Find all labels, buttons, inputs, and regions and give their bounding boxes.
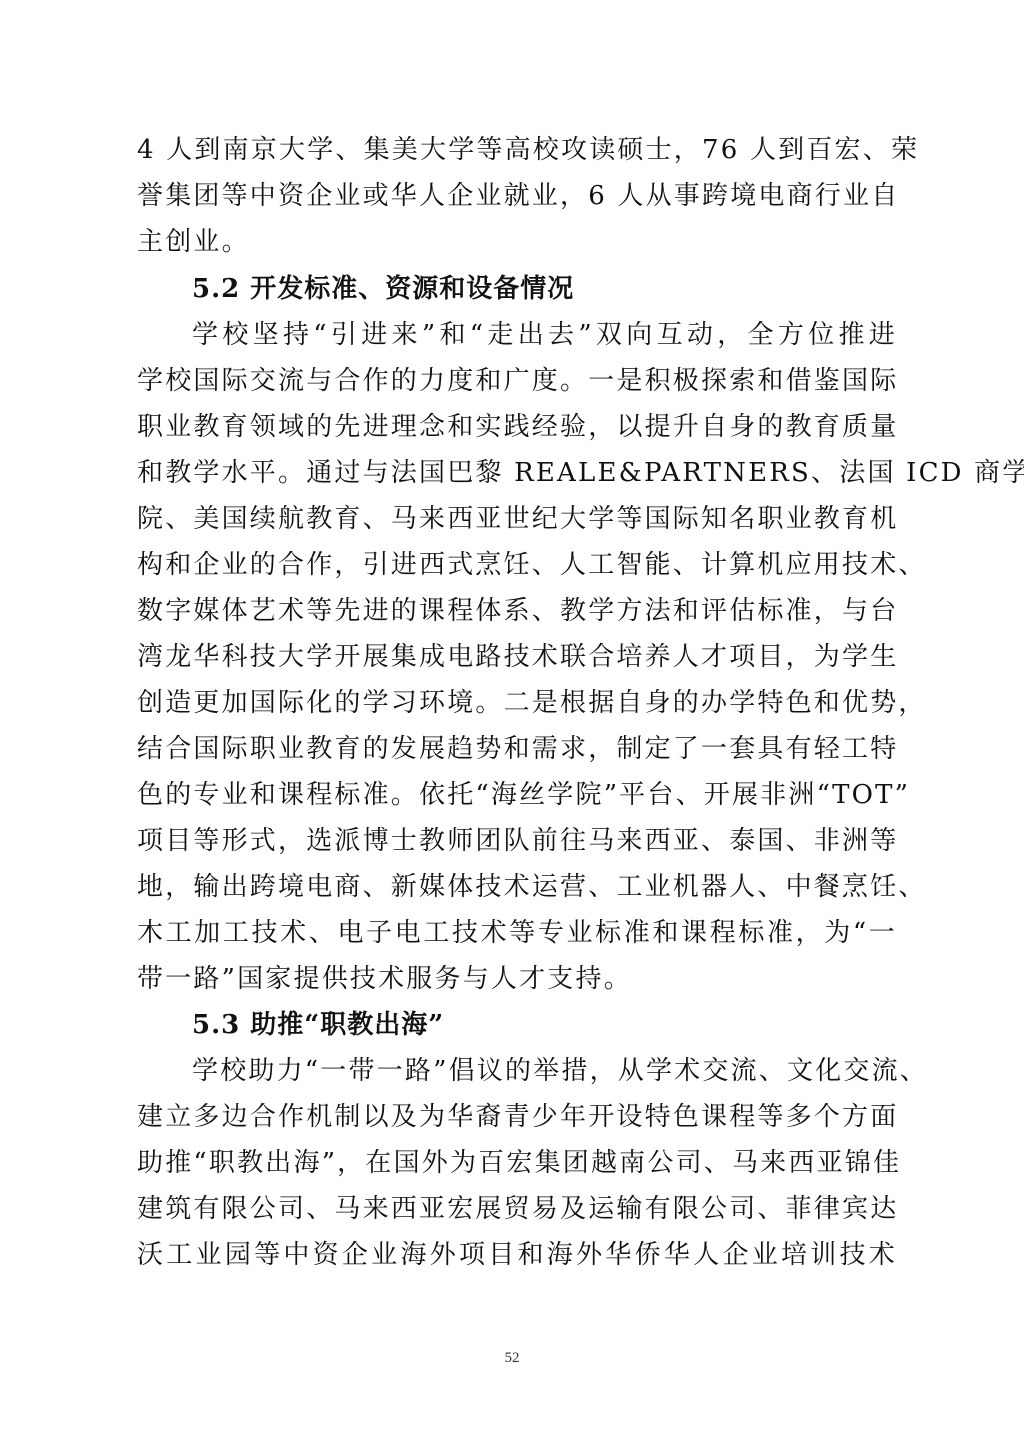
paragraph-line: 和教学水平。通过与法国巴黎 REALE&PARTNERS、法国 ICD 商学	[137, 456, 897, 490]
paragraph-line: 学校坚持“引进来”和“走出去”双向互动，全方位推进	[192, 318, 897, 352]
paragraph-line: 学校国际交流与合作的力度和广度。一是积极探索和借鉴国际	[137, 364, 897, 398]
paragraph-line: 带一路”国家提供技术服务与人才支持。	[137, 962, 897, 996]
paragraph-line: 结合国际职业教育的发展趋势和需求，制定了一套具有轻工特	[137, 732, 897, 766]
paragraph-line: 色的专业和课程标准。依托“海丝学院”平台、开展非洲“TOT”	[137, 778, 897, 812]
paragraph-line: 4 人到南京大学、集美大学等高校攻读硕士，76 人到百宏、荣	[137, 133, 897, 167]
paragraph-line: 湾龙华科技大学开展集成电路技术联合培养人才项目，为学生	[137, 640, 897, 674]
paragraph-line: 主创业。	[137, 225, 897, 259]
section-heading-5-2: 5.2 开发标准、资源和设备情况	[192, 272, 574, 306]
paragraph-line: 数字媒体艺术等先进的课程体系、教学方法和评估标准，与台	[137, 594, 897, 628]
paragraph-line: 誉集团等中资企业或华人企业就业，6 人从事跨境电商行业自	[137, 179, 897, 213]
paragraph-line: 助推“职教出海”，在国外为百宏集团越南公司、马来西亚锦佳	[137, 1146, 897, 1180]
document-page: 4 人到南京大学、集美大学等高校攻读硕士，76 人到百宏、荣 誉集团等中资企业或…	[0, 0, 1024, 1448]
paragraph-line: 职业教育领域的先进理念和实践经验，以提升自身的教育质量	[137, 410, 897, 444]
paragraph-line: 构和企业的合作，引进西式烹饪、人工智能、计算机应用技术、	[137, 548, 897, 582]
paragraph-line: 项目等形式，选派博士教师团队前往马来西亚、泰国、非洲等	[137, 824, 897, 858]
paragraph-line: 地，输出跨境电商、新媒体技术运营、工业机器人、中餐烹饪、	[137, 870, 897, 904]
paragraph-line: 沃工业园等中资企业海外项目和海外华侨华人企业培训技术	[137, 1238, 897, 1272]
paragraph-line: 学校助力“一带一路”倡议的举措，从学术交流、文化交流、	[192, 1054, 897, 1088]
section-heading-5-3: 5.3 助推“职教出海”	[192, 1008, 444, 1042]
paragraph-line: 建筑有限公司、马来西亚宏展贸易及运输有限公司、菲律宾达	[137, 1192, 897, 1226]
paragraph-line: 木工加工技术、电子电工技术等专业标准和课程标准，为“一	[137, 916, 897, 950]
paragraph-line: 创造更加国际化的学习环境。二是根据自身的办学特色和优势，	[137, 686, 897, 720]
paragraph-line: 建立多边合作机制以及为华裔青少年开设特色课程等多个方面	[137, 1100, 897, 1134]
page-number: 52	[0, 1350, 1024, 1367]
paragraph-line: 院、美国续航教育、马来西亚世纪大学等国际知名职业教育机	[137, 502, 897, 536]
